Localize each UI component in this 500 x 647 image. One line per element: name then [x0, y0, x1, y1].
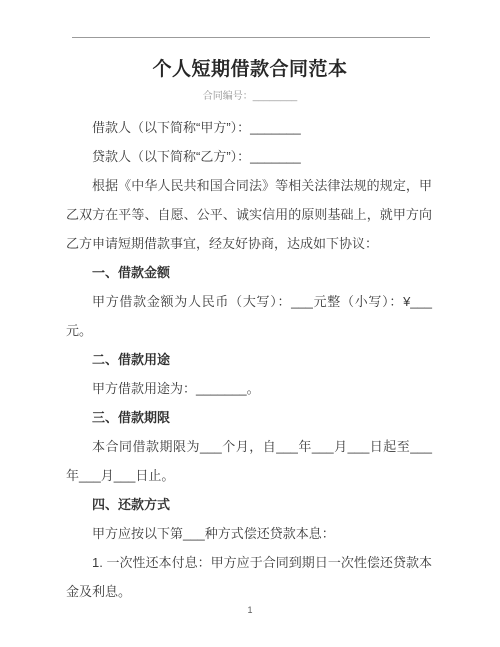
- document-page: 个人短期借款合同范本 合同编号：________ 借款人（以下简称“甲方”）：_…: [0, 0, 500, 647]
- section-3-body: 本合同借款期限为___个月，自___年___月___日起至___年___月___…: [66, 432, 432, 490]
- section-2-heading: 二、借款用途: [66, 345, 432, 374]
- section-1-heading: 一、借款金额: [66, 258, 432, 287]
- header-divider: [72, 37, 430, 38]
- contract-number: 合同编号：________: [0, 90, 500, 104]
- section-4-item-1: 1. 一次性还本付息：甲方应于合同到期日一次性偿还贷款本金及利息。: [66, 548, 432, 606]
- preamble-paragraph: 根据《中华人民共和国合同法》等相关法律法规的规定，甲乙双方在平等、自愿、公平、诚…: [66, 171, 432, 258]
- section-2-body: 甲方借款用途为：_______。: [66, 374, 432, 403]
- field-borrower: 借款人（以下简称“甲方”）：_______: [66, 113, 432, 142]
- section-1-body: 甲方借款金额为人民币（大写）：___元整（小写）：¥___元。: [66, 287, 432, 345]
- page-number: 1: [0, 605, 500, 615]
- field-lender: 贷款人（以下简称“乙方”）：_______: [66, 142, 432, 171]
- section-3-heading: 三、借款期限: [66, 403, 432, 432]
- section-4-body: 甲方应按以下第___种方式偿还贷款本息：: [66, 519, 432, 548]
- document-body: 借款人（以下简称“甲方”）：_______ 贷款人（以下简称“乙方”）：____…: [66, 113, 432, 606]
- page-title: 个人短期借款合同范本: [0, 57, 500, 83]
- section-4-heading: 四、还款方式: [66, 490, 432, 519]
